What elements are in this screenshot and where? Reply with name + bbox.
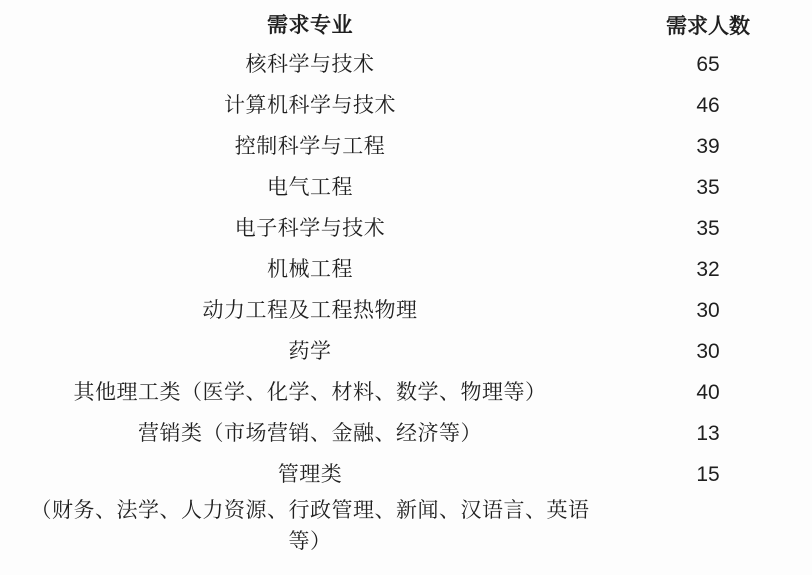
table-row: 药学 30: [0, 331, 812, 372]
table-row: 电气工程 35: [0, 167, 812, 208]
table-row: 电子科学与技术 35: [0, 208, 812, 249]
major-text: （财务、法学、人力资源、行政管理、新闻、汉语言、英语等）: [30, 495, 590, 557]
major-cell: 计算机科学与技术: [0, 90, 620, 121]
table-row: 计算机科学与技术 46: [0, 85, 812, 126]
major-cell: 控制科学与工程: [0, 131, 620, 162]
major-cell: 电气工程: [0, 172, 620, 203]
major-text: 药学: [289, 336, 332, 367]
table-row: 其他理工类（医学、化学、材料、数学、物理等） 40: [0, 372, 812, 413]
major-cell: 管理类: [0, 459, 620, 490]
major-text: 其他理工类（医学、化学、材料、数学、物理等）: [74, 377, 547, 408]
major-text: 电子科学与技术: [235, 213, 386, 244]
header-count: 需求人数: [620, 10, 796, 40]
major-text: 电气工程: [267, 172, 353, 203]
table-row: 机械工程 32: [0, 249, 812, 290]
table-row: 管理类 15: [0, 454, 812, 495]
table-row: 营销类（市场营销、金融、经济等） 13: [0, 413, 812, 454]
major-text: 核科学与技术: [246, 49, 375, 80]
header-count-label: 需求人数: [666, 15, 750, 38]
count-cell: 39: [620, 135, 796, 159]
major-text: 计算机科学与技术: [224, 90, 396, 121]
count-cell: 32: [620, 258, 796, 282]
header-major: 需求专业: [0, 10, 620, 41]
major-text: 管理类: [278, 459, 343, 490]
count-cell: 35: [620, 217, 796, 241]
count-cell: 46: [620, 94, 796, 118]
major-text: 动力工程及工程热物理: [203, 295, 418, 326]
major-cell: 机械工程: [0, 254, 620, 285]
major-cell: 电子科学与技术: [0, 213, 620, 244]
table-row: 控制科学与工程 39: [0, 126, 812, 167]
major-text: 控制科学与工程: [235, 131, 386, 162]
demand-table: 需求专业 需求人数 核科学与技术 65 计算机科学与技术 46 控制科学与工程 …: [0, 0, 812, 557]
header-major-label: 需求专业: [267, 10, 353, 41]
major-cell: 其他理工类（医学、化学、材料、数学、物理等）: [0, 377, 620, 408]
major-cell: 营销类（市场营销、金融、经济等）: [0, 418, 620, 449]
count-cell: 40: [620, 381, 796, 405]
major-cell: 核科学与技术: [0, 49, 620, 80]
count-cell: 65: [620, 53, 796, 77]
table-row: （财务、法学、人力资源、行政管理、新闻、汉语言、英语等）: [0, 495, 812, 557]
count-cell: 35: [620, 176, 796, 200]
count-cell: 15: [620, 463, 796, 487]
table-row: 动力工程及工程热物理 30: [0, 290, 812, 331]
table-row: 核科学与技术 65: [0, 44, 812, 85]
count-cell: 13: [620, 422, 796, 446]
count-cell: 30: [620, 299, 796, 323]
count-cell: 30: [620, 340, 796, 364]
major-text: 机械工程: [267, 254, 353, 285]
major-cell: 动力工程及工程热物理: [0, 295, 620, 326]
major-text: 营销类（市场营销、金融、经济等）: [138, 418, 482, 449]
major-cell: （财务、法学、人力资源、行政管理、新闻、汉语言、英语等）: [0, 495, 620, 557]
major-cell: 药学: [0, 336, 620, 367]
table-header-row: 需求专业 需求人数: [0, 6, 812, 44]
